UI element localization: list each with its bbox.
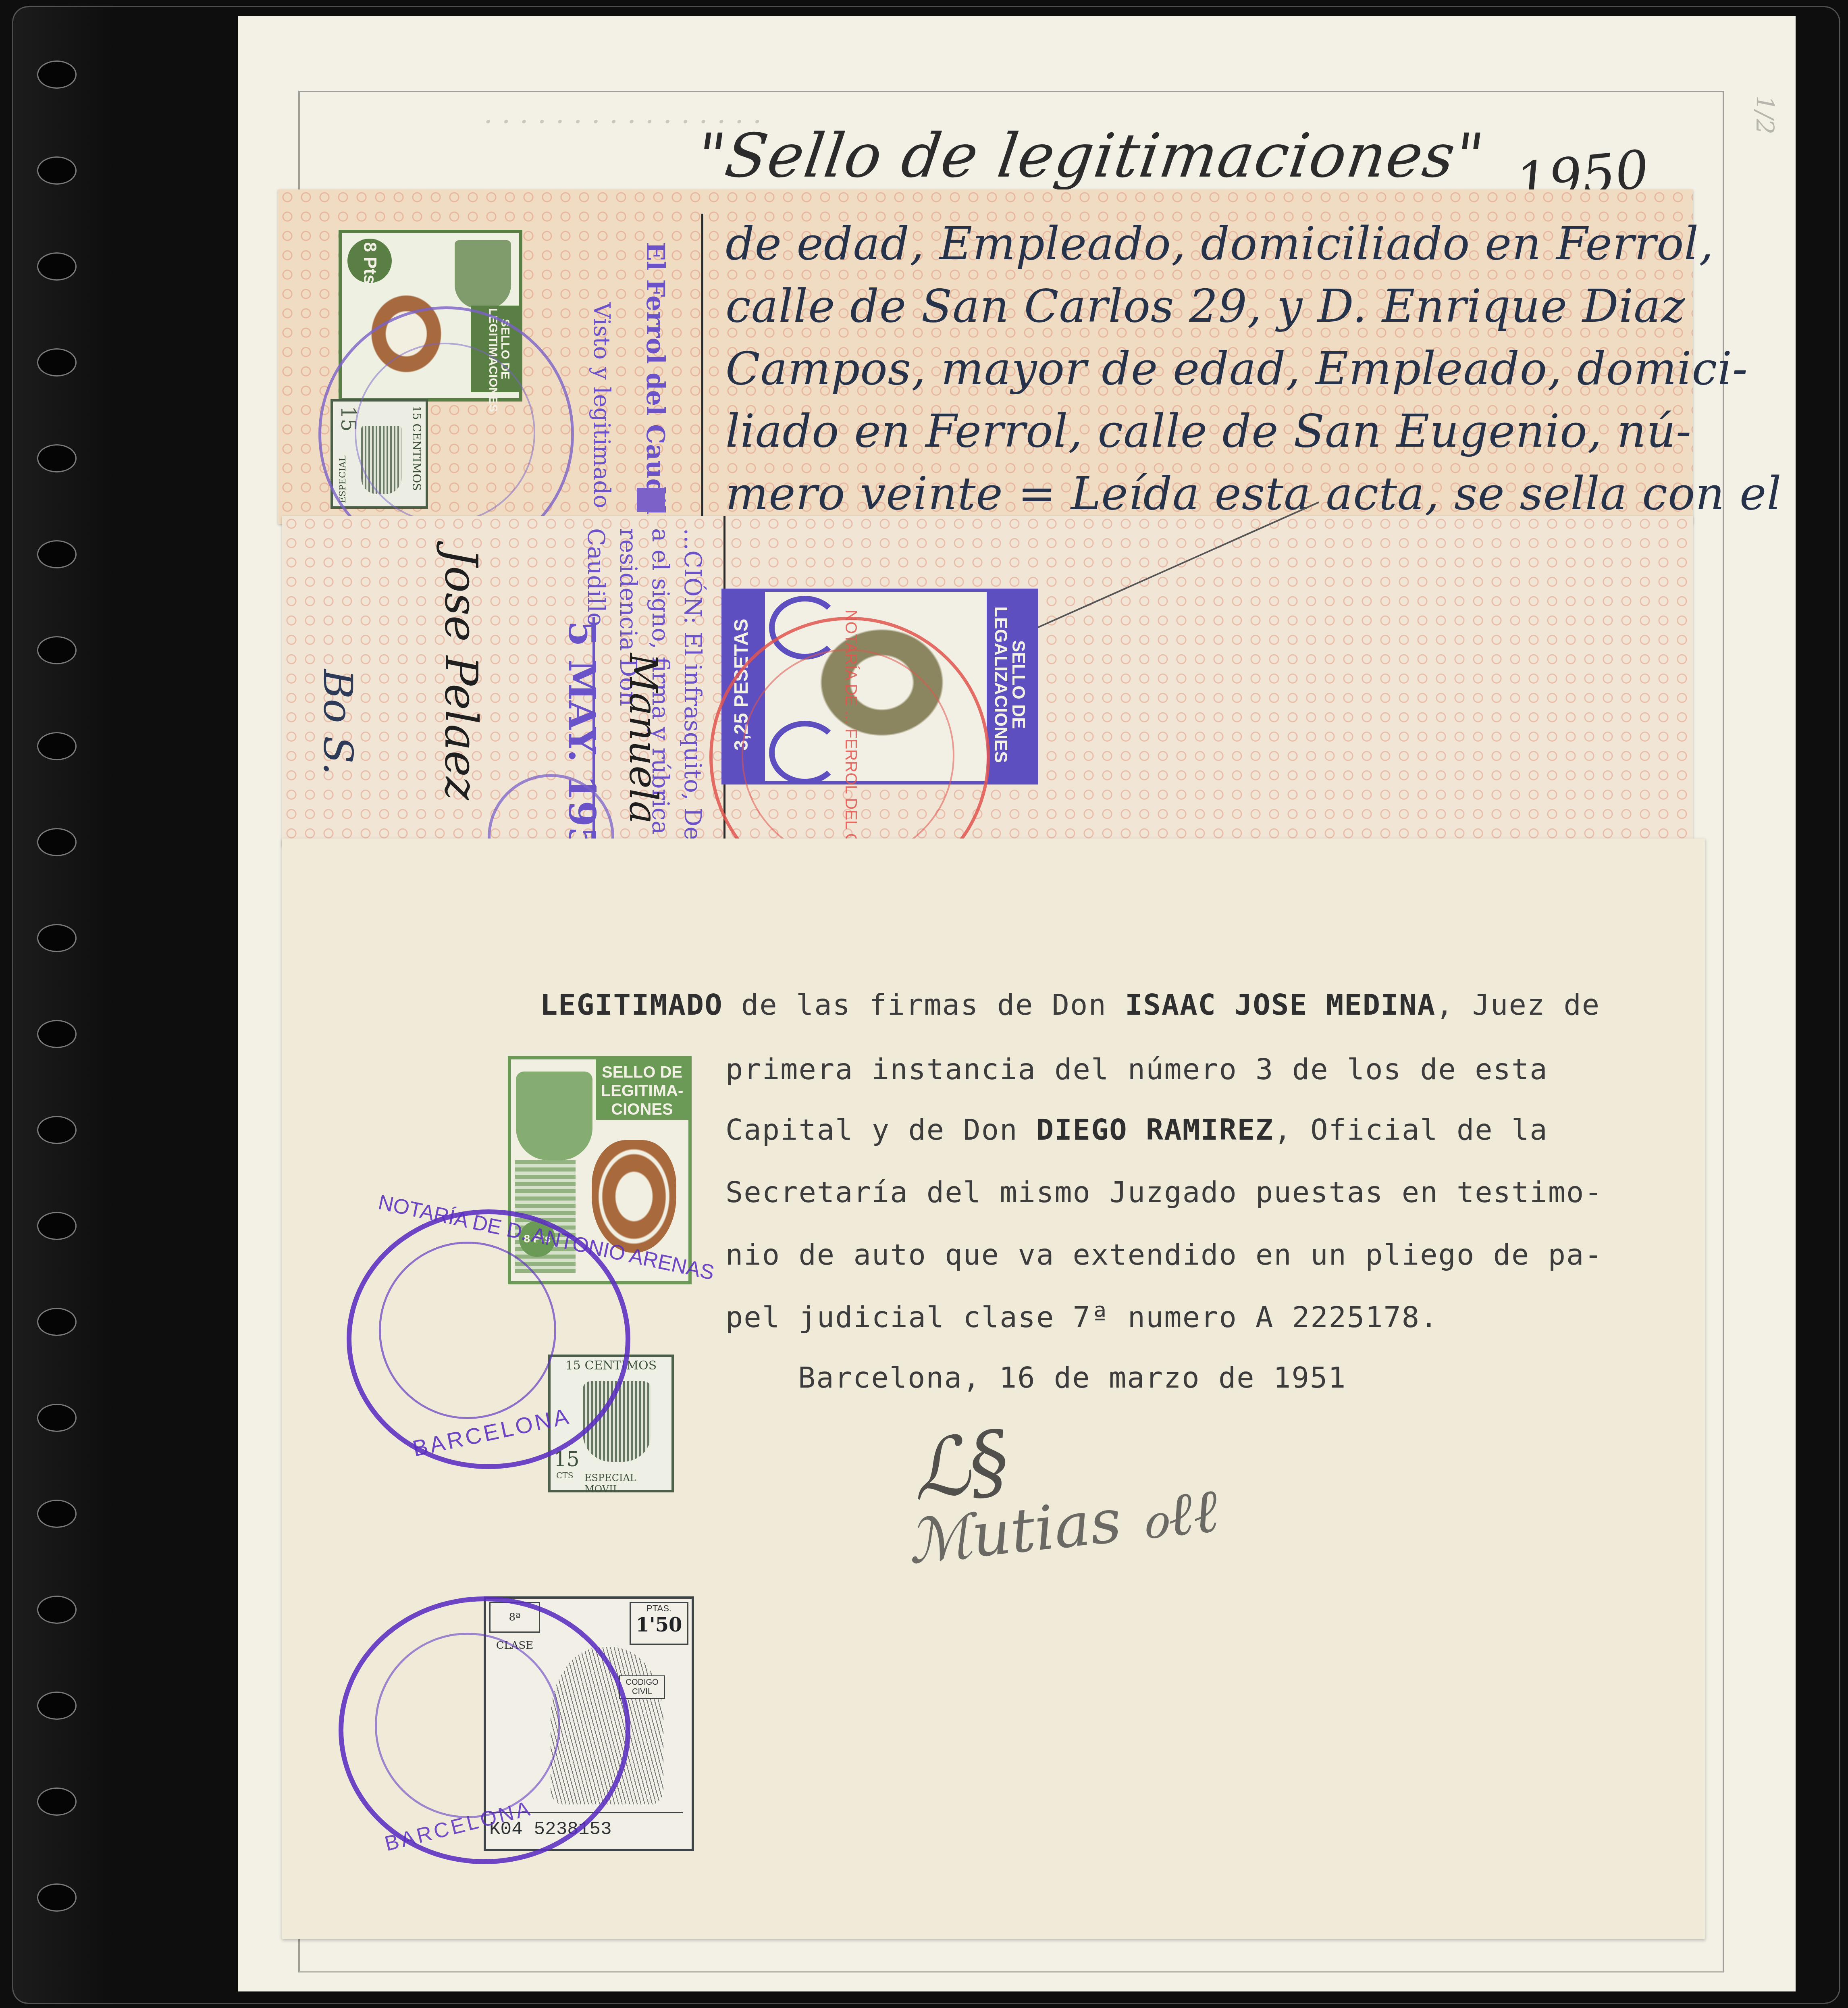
binder-hole (37, 1787, 77, 1816)
document-bottom: LEGITIMADO de las firmas de Don ISAAC JO… (282, 839, 1705, 1939)
brown-shield-icon (592, 1140, 676, 1253)
stamp-label-line: SELLO DE (596, 1064, 688, 1080)
binder-hole (37, 1596, 77, 1624)
binder-hole (37, 1404, 77, 1432)
coat-of-arms-icon (455, 240, 511, 309)
signature-blue: Bo S. (314, 669, 362, 775)
notary-seal-barcelona-inner (379, 1242, 556, 1419)
stamp-value-box: PTAS. 1'50 (630, 1602, 688, 1645)
handwritten-line: liado en Ferrol, calle de San Eugenio, n… (725, 405, 1692, 458)
document-top: de edad, Empleado, domiciliado en Ferrol… (278, 189, 1693, 524)
binder-hole (37, 924, 77, 952)
stamp-text-line: Caudillo (582, 528, 610, 626)
notary-seal-inner-ring (355, 343, 535, 523)
album-title-note: "Sello de legitimaciones" (692, 121, 1489, 191)
binder-hole (37, 1500, 77, 1528)
binder-hole (37, 1212, 77, 1240)
binder-hole (37, 60, 77, 89)
handwritten-line: Campos, mayor de edad, Empleado, domici- (725, 343, 1748, 395)
typed-line: nio de auto que va extendido en un plieg… (725, 1238, 1603, 1271)
stamp-label-panel: SELLO DE LEGALIZACIONES (987, 592, 1035, 781)
handwritten-name: Manuela (621, 653, 666, 824)
binder-hole (37, 1116, 77, 1144)
stamp-label-line: LEGITIMA- (596, 1083, 688, 1099)
stamp-bottom-text: ESPECIAL MOVIL (584, 1472, 671, 1495)
binder-hole (37, 1883, 77, 1912)
margin-line (701, 214, 703, 524)
stamp-label-line: CIONES (596, 1101, 688, 1117)
handwritten-line: calle de San Carlos 29, y D. Enrique Dia… (725, 280, 1685, 333)
stamp-unit: CTS (556, 1471, 573, 1480)
stamp-value: 8 Pts (347, 242, 392, 284)
binder-hole (37, 1308, 77, 1336)
typed-line: pel judicial clase 7ª numero A 2225178. (725, 1300, 1438, 1334)
coat-of-arms-icon (516, 1072, 592, 1160)
binder-hole (37, 1020, 77, 1048)
typed-line: Secretaría del mismo Juzgado puestas en … (725, 1175, 1603, 1209)
stamp-value: 1'50 (631, 1614, 687, 1636)
handwritten-line: mero veinte = Leída esta acta, se sella … (725, 468, 1781, 520)
scroll-text: CODIGO CIVIL (619, 1675, 665, 1699)
stamp-label: SELLO DE LEGALIZACIONES (995, 600, 1027, 769)
binder-hole (37, 828, 77, 856)
typed-line: primera instancia del número 3 de los de… (725, 1052, 1548, 1086)
binder-hole (37, 540, 77, 568)
corner-note: 1/2 (1750, 96, 1779, 135)
binder-hole (37, 1692, 77, 1720)
stamp-value-circle: 8 Pts (347, 239, 392, 283)
stamp-label-panel: SELLO DE LEGITIMA- CIONES (596, 1059, 688, 1120)
stamp-bracket-icon (637, 488, 665, 512)
notary-seal-barcelona-2-inner (375, 1633, 560, 1818)
red-seal-text: NOTARÍA DE ... FERROL DEL CAUDILLO (842, 610, 860, 779)
place-date: Barcelona, 16 de marzo de 1951 (798, 1361, 1346, 1394)
typed-line: Capital y de Don DIEGO RAMIREZ, Oficial … (725, 1113, 1548, 1147)
handwritten-line: de edad, Empleado, domiciliado en Ferrol… (725, 218, 1714, 270)
binder-hole (37, 156, 77, 185)
binder-hole (37, 444, 77, 472)
signature-vertical: Jose Pelaez (435, 548, 487, 800)
stamp-text-visto: Visto y legitimado (588, 302, 615, 508)
stamp-currency: PTAS. (631, 1603, 687, 1614)
binder-hole (37, 636, 77, 664)
binder-hole (37, 252, 77, 281)
typed-line: LEGITIMADO de las firmas de Don ISAAC JO… (540, 988, 1600, 1022)
binder-hole (37, 732, 77, 760)
binder-hole (37, 348, 77, 377)
document-middle: ...CIÓN: El infrasquito, Delegado a el s… (282, 516, 1693, 847)
